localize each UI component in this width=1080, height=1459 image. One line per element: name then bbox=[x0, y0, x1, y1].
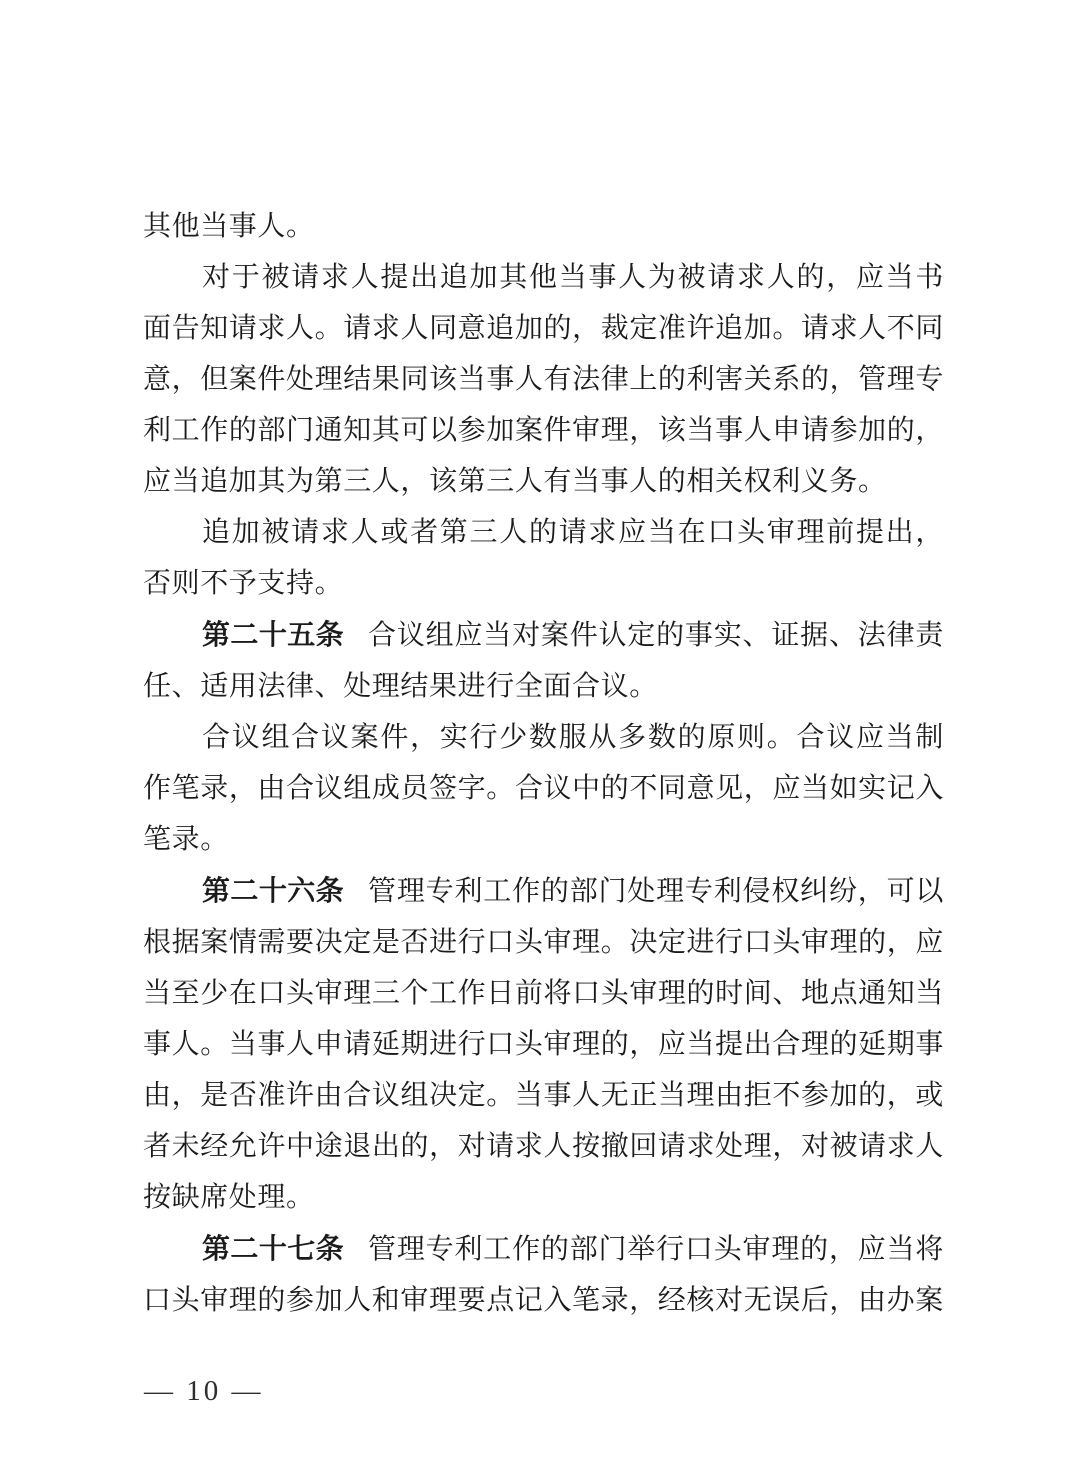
paragraph-text: 对于被请求人提出追加其他当事人为被请求人的，应当书面告知请求人。请求人同意追加的… bbox=[143, 262, 944, 497]
document-body: 其他当事人。 对于被请求人提出追加其他当事人为被请求人的，应当书面告知请求人。请… bbox=[143, 201, 944, 1326]
article-number-27: 第二十七条 bbox=[202, 1233, 344, 1264]
paragraph-continuation: 其他当事人。 bbox=[143, 201, 944, 252]
document-page: 其他当事人。 对于被请求人提出追加其他当事人为被请求人的，应当书面告知请求人。请… bbox=[0, 0, 1080, 1459]
article-number-25: 第二十五条 bbox=[202, 619, 344, 650]
paragraph-text: 其他当事人。 bbox=[143, 211, 315, 242]
paragraph-add-party-deadline: 追加被请求人或者第三人的请求应当在口头审理前提出，否则不予支持。 bbox=[143, 507, 944, 609]
article-number-26: 第二十六条 bbox=[202, 875, 344, 906]
paragraph-text: 管理专利工作的部门处理专利侵权纠纷，可以根据案情需要决定是否进行口头审理。决定进… bbox=[143, 876, 944, 1213]
paragraph-article-25: 第二十五条合议组应当对案件认定的事实、证据、法律责任、适用法律、处理结果进行全面… bbox=[143, 609, 944, 712]
paragraph-text: 追加被请求人或者第三人的请求应当在口头审理前提出，否则不予支持。 bbox=[143, 517, 944, 599]
page-number-footer: — 10 — bbox=[144, 1371, 264, 1411]
paragraph-article-27: 第二十七条管理专利工作的部门举行口头审理的，应当将口头审理的参加人和审理要点记入… bbox=[143, 1223, 944, 1326]
paragraph-article-26: 第二十六条管理专利工作的部门处理专利侵权纠纷，可以根据案情需要决定是否进行口头审… bbox=[143, 865, 944, 1223]
paragraph-panel-deliberation: 合议组合议案件，实行少数服从多数的原则。合议应当制作笔录，由合议组成员签字。合议… bbox=[143, 712, 944, 865]
page-number-label: — 10 — bbox=[144, 1375, 264, 1407]
paragraph-text: 合议组合议案件，实行少数服从多数的原则。合议应当制作笔录，由合议组成员签字。合议… bbox=[143, 722, 944, 855]
paragraph-add-party: 对于被请求人提出追加其他当事人为被请求人的，应当书面告知请求人。请求人同意追加的… bbox=[143, 252, 944, 507]
